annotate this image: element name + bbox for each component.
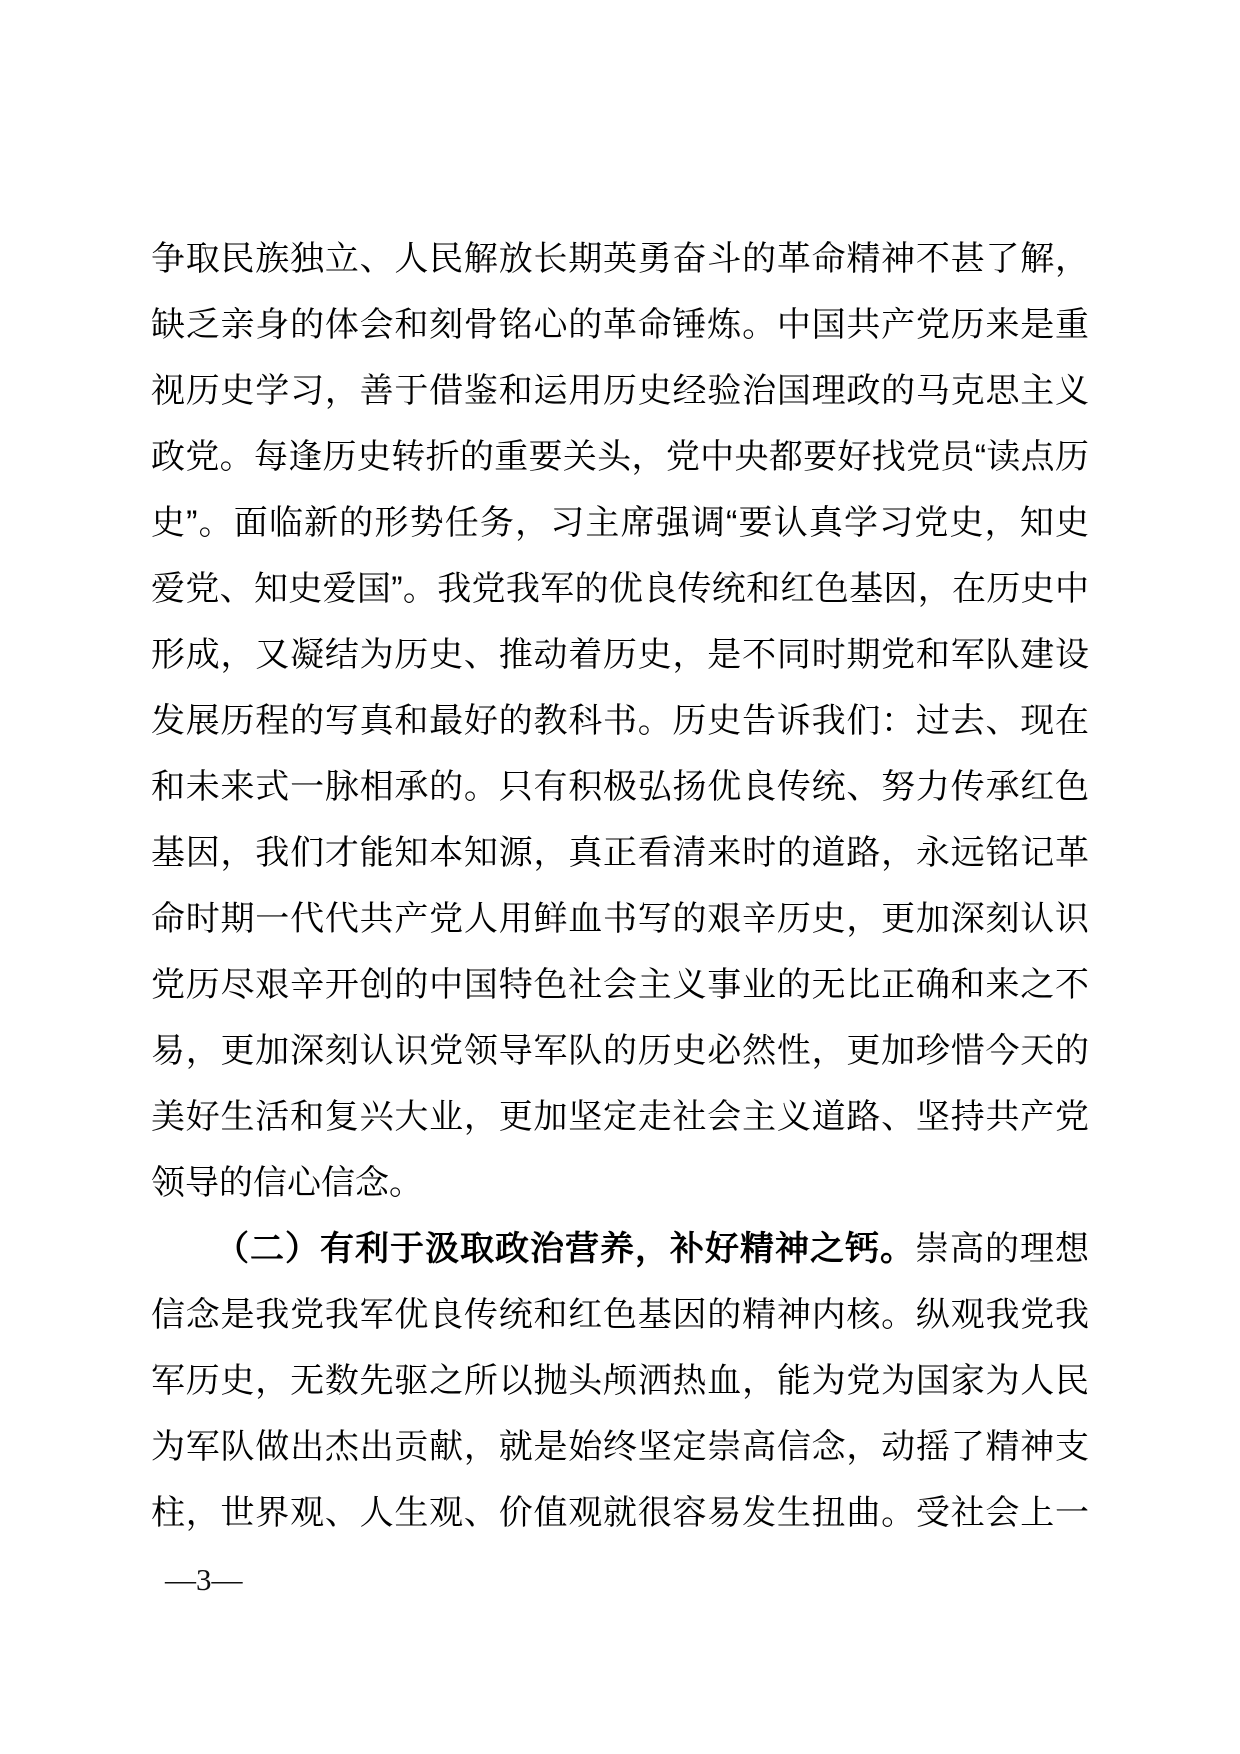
text-segment: 柱，世界观、人生观、价值观就很容易发生扭曲。受社会上一 xyxy=(151,1494,1089,1532)
text-segment: 命时期一代代共产党人用鲜血书写的艰辛历史，更加深刻认识 xyxy=(151,900,1089,938)
document-page: 争取民族独立、人民解放长期英勇奋斗的革命精神不甚了解，缺乏亲身的体会和刻骨铭心的… xyxy=(0,0,1240,1754)
text-segment: 领导的信心信念。 xyxy=(151,1164,423,1202)
text-line: 美好生活和复兴大业，更加坚定走社会主义道路、坚持共产党 xyxy=(151,1084,1089,1150)
text-line: 军历史，无数先驱之所以抛头颅洒热血，能为党为国家为人民 xyxy=(151,1348,1089,1414)
text-segment: 形成，又凝结为历史、推动着历史，是不同时期党和军队建设 xyxy=(151,636,1089,674)
text-line: 爱党、知史爱国”。我党我军的优良传统和红色基因，在历史中 xyxy=(151,556,1089,622)
text-segment: 发展历程的写真和最好的教科书。历史告诉我们：过去、现在 xyxy=(151,702,1089,740)
text-line: 柱，世界观、人生观、价值观就很容易发生扭曲。受社会上一 xyxy=(151,1480,1089,1546)
section-heading-segment: （二）有利于汲取政治营养，补好精神之钙。 xyxy=(215,1230,915,1268)
text-line: 政党。每逢历史转折的重要关头，党中央都要好找党员“读点历 xyxy=(151,424,1089,490)
text-line: 基因，我们才能知本知源，真正看清来时的道路，永远铭记革 xyxy=(151,820,1089,886)
text-segment: 史”。面临新的形势任务，习主席强调“要认真学习党史，知史 xyxy=(151,504,1089,542)
text-segment: 视历史学习，善于借鉴和运用历史经验治国理政的马克思主义 xyxy=(151,372,1089,410)
page-number: —3— xyxy=(165,1560,243,1600)
text-segment: 易，更加深刻认识党领导军队的历史必然性，更加珍惜今天的 xyxy=(151,1032,1089,1070)
text-line: 命时期一代代共产党人用鲜血书写的艰辛历史，更加深刻认识 xyxy=(151,886,1089,952)
text-segment: 争取民族独立、人民解放长期英勇奋斗的革命精神不甚了解， xyxy=(151,240,1089,278)
text-line: 发展历程的写真和最好的教科书。历史告诉我们：过去、现在 xyxy=(151,688,1089,754)
text-line: 为军队做出杰出贡献，就是始终坚定崇高信念，动摇了精神支 xyxy=(151,1414,1089,1480)
text-line: 易，更加深刻认识党领导军队的历史必然性，更加珍惜今天的 xyxy=(151,1018,1089,1084)
text-line: 形成，又凝结为历史、推动着历史，是不同时期党和军队建设 xyxy=(151,622,1089,688)
text-segment: 和未来式一脉相承的。只有积极弘扬优良传统、努力传承红色 xyxy=(151,768,1089,806)
text-segment: 信念是我党我军优良传统和红色基因的精神内核。纵观我党我 xyxy=(151,1296,1089,1334)
text-line: 视历史学习，善于借鉴和运用历史经验治国理政的马克思主义 xyxy=(151,358,1089,424)
text-line: 信念是我党我军优良传统和红色基因的精神内核。纵观我党我 xyxy=(151,1282,1089,1348)
text-line: 缺乏亲身的体会和刻骨铭心的革命锤炼。中国共产党历来是重 xyxy=(151,292,1089,358)
text-line: 争取民族独立、人民解放长期英勇奋斗的革命精神不甚了解， xyxy=(151,226,1089,292)
text-segment: 军历史，无数先驱之所以抛头颅洒热血，能为党为国家为人民 xyxy=(151,1362,1089,1400)
text-line: 领导的信心信念。 xyxy=(151,1150,1089,1216)
text-segment: 为军队做出杰出贡献，就是始终坚定崇高信念，动摇了精神支 xyxy=(151,1428,1089,1466)
text-segment: 政党。每逢历史转折的重要关头，党中央都要好找党员“读点历 xyxy=(151,438,1089,476)
document-body: 争取民族独立、人民解放长期英勇奋斗的革命精神不甚了解，缺乏亲身的体会和刻骨铭心的… xyxy=(151,226,1089,1546)
text-segment: 崇高的理想 xyxy=(915,1230,1089,1268)
text-segment: 美好生活和复兴大业，更加坚定走社会主义道路、坚持共产党 xyxy=(151,1098,1089,1136)
text-segment: 缺乏亲身的体会和刻骨铭心的革命锤炼。中国共产党历来是重 xyxy=(151,306,1089,344)
text-line: 和未来式一脉相承的。只有积极弘扬优良传统、努力传承红色 xyxy=(151,754,1089,820)
text-segment: 爱党、知史爱国”。我党我军的优良传统和红色基因，在历史中 xyxy=(151,570,1089,608)
text-segment: 党历尽艰辛开创的中国特色社会主义事业的无比正确和来之不 xyxy=(151,966,1089,1004)
text-segment: 基因，我们才能知本知源，真正看清来时的道路，永远铭记革 xyxy=(151,834,1089,872)
text-line: （二）有利于汲取政治营养，补好精神之钙。崇高的理想 xyxy=(151,1216,1089,1282)
text-line: 史”。面临新的形势任务，习主席强调“要认真学习党史，知史 xyxy=(151,490,1089,556)
text-line: 党历尽艰辛开创的中国特色社会主义事业的无比正确和来之不 xyxy=(151,952,1089,1018)
